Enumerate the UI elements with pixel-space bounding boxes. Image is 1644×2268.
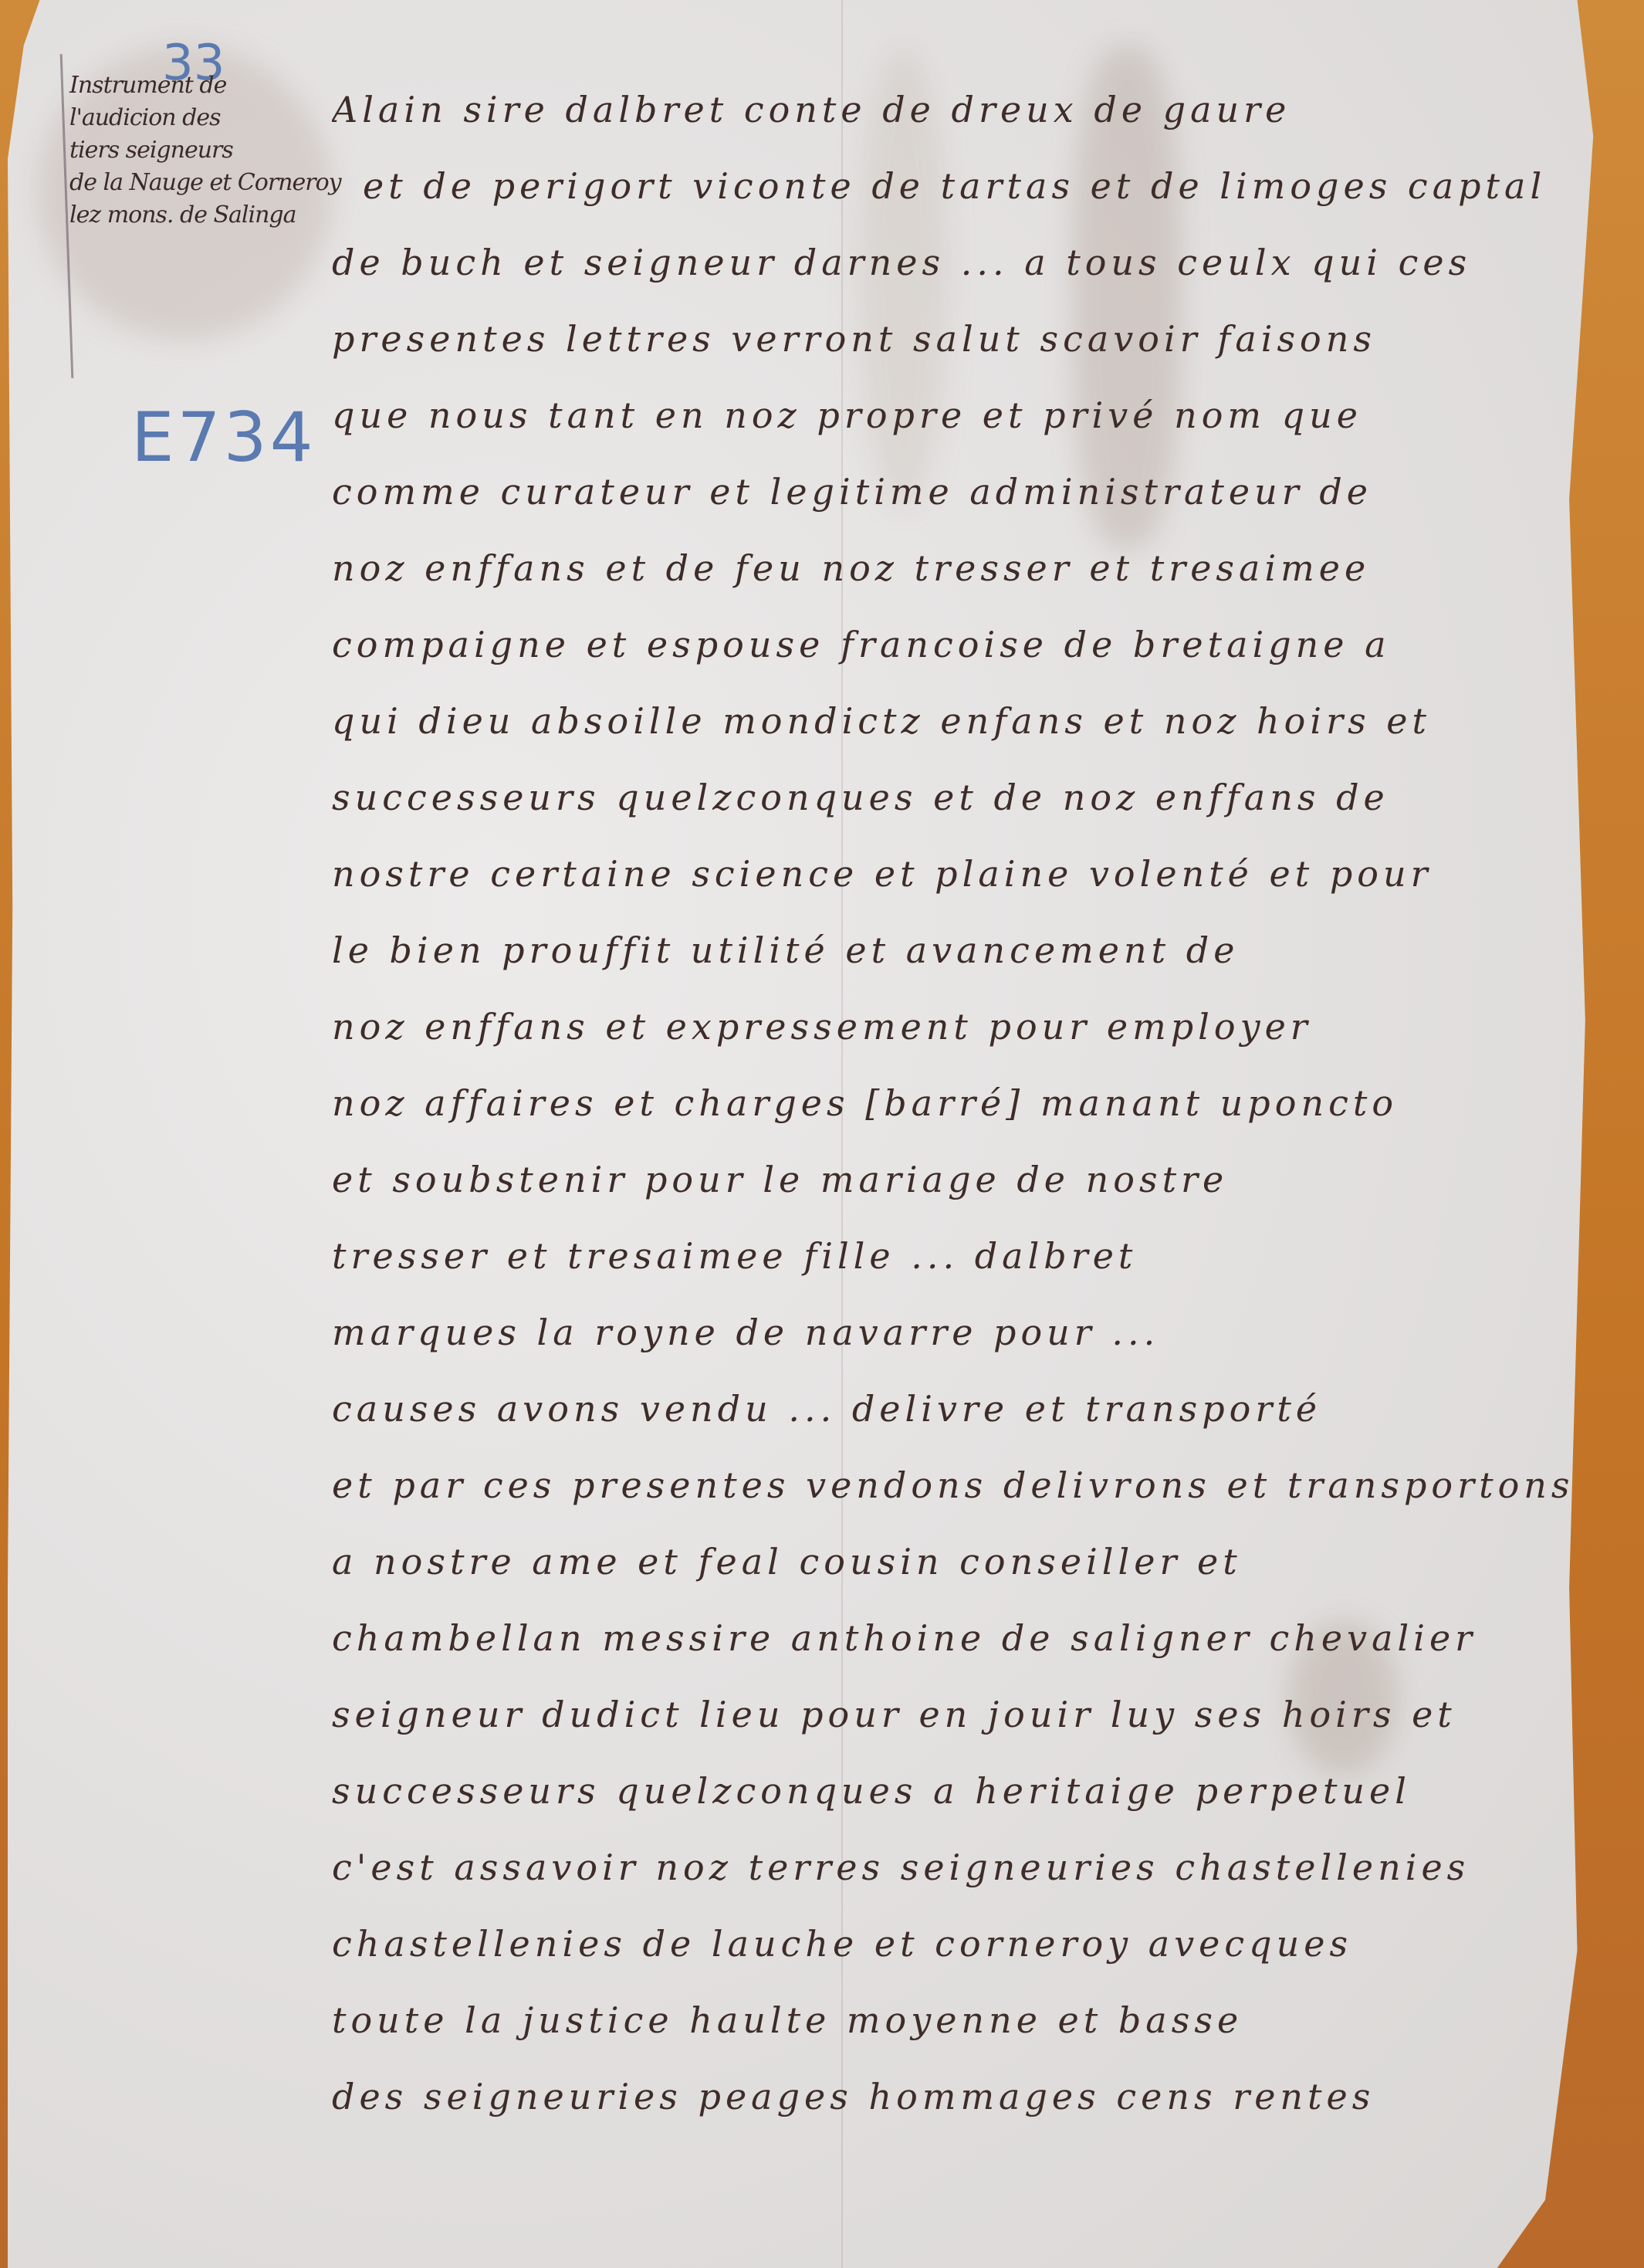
text-line: noz affaires et charges [barré] manant u… — [332, 1048, 1598, 1124]
text-line: compaigne et espouse francoise de bretai… — [332, 589, 1598, 665]
text-line: qui dieu absoille mondictz enfans et noz… — [332, 665, 1598, 742]
text-line: le bien prouffit utilité et avancement d… — [332, 895, 1598, 971]
margin-note-line: Instrument de — [69, 69, 347, 102]
margin-note: Instrument de l'audicion des tiers seign… — [69, 69, 347, 232]
archive-reference: E734 — [131, 398, 316, 477]
text-line: nostre certaine science et plaine volent… — [332, 818, 1598, 895]
text-line: successeurs quelzconques et de noz enffa… — [332, 742, 1598, 818]
margin-note-line: de la Nauge et Corneroy — [69, 167, 347, 199]
text-line: tresser et tresaimee fille ... dalbret — [332, 1200, 1598, 1277]
text-line: que nous tant en noz propre et privé nom… — [332, 360, 1598, 436]
text-line: des seigneuries peages hommages cens ren… — [332, 2041, 1598, 2117]
text-line: toute la justice haulte moyenne et basse — [332, 1965, 1598, 2041]
text-line: noz enffans et de feu noz tresser et tre… — [332, 513, 1598, 589]
text-line: comme curateur et legitime administrateu… — [332, 436, 1598, 513]
text-line: seigneur dudict lieu pour en jouir luy s… — [332, 1659, 1598, 1735]
manuscript-body: Alain sire dalbret conte de dreux de gau… — [332, 54, 1598, 2117]
text-line: a nostre ame et feal cousin conseiller e… — [332, 1506, 1598, 1583]
text-line: et soubstenir pour le mariage de nostre — [332, 1124, 1598, 1200]
text-line: et de perigort viconte de tartas et de l… — [332, 130, 1598, 207]
margin-note-line: lez mons. de Salinga — [69, 199, 347, 232]
text-line: marques la royne de navarre pour ... — [332, 1277, 1598, 1353]
text-line: presentes lettres verront salut scavoir … — [332, 283, 1598, 360]
text-line: causes avons vendu ... delivre et transp… — [332, 1353, 1598, 1430]
text-line: successeurs quelzconques a heritaige per… — [332, 1735, 1598, 1812]
text-line: chambellan messire anthoine de saligner … — [332, 1583, 1598, 1659]
text-line: chastellenies de lauche et corneroy avec… — [332, 1888, 1598, 1965]
text-line: et par ces presentes vendons delivrons e… — [332, 1430, 1598, 1506]
text-line: de buch et seigneur darnes ... a tous ce… — [332, 207, 1598, 283]
text-line: Alain sire dalbret conte de dreux de gau… — [332, 54, 1598, 130]
margin-note-line: tiers seigneurs — [69, 134, 347, 167]
margin-note-line: l'audicion des — [69, 102, 347, 134]
text-line: noz enffans et expressement pour employe… — [332, 971, 1598, 1048]
text-line: c'est assavoir noz terres seigneuries ch… — [332, 1812, 1598, 1888]
